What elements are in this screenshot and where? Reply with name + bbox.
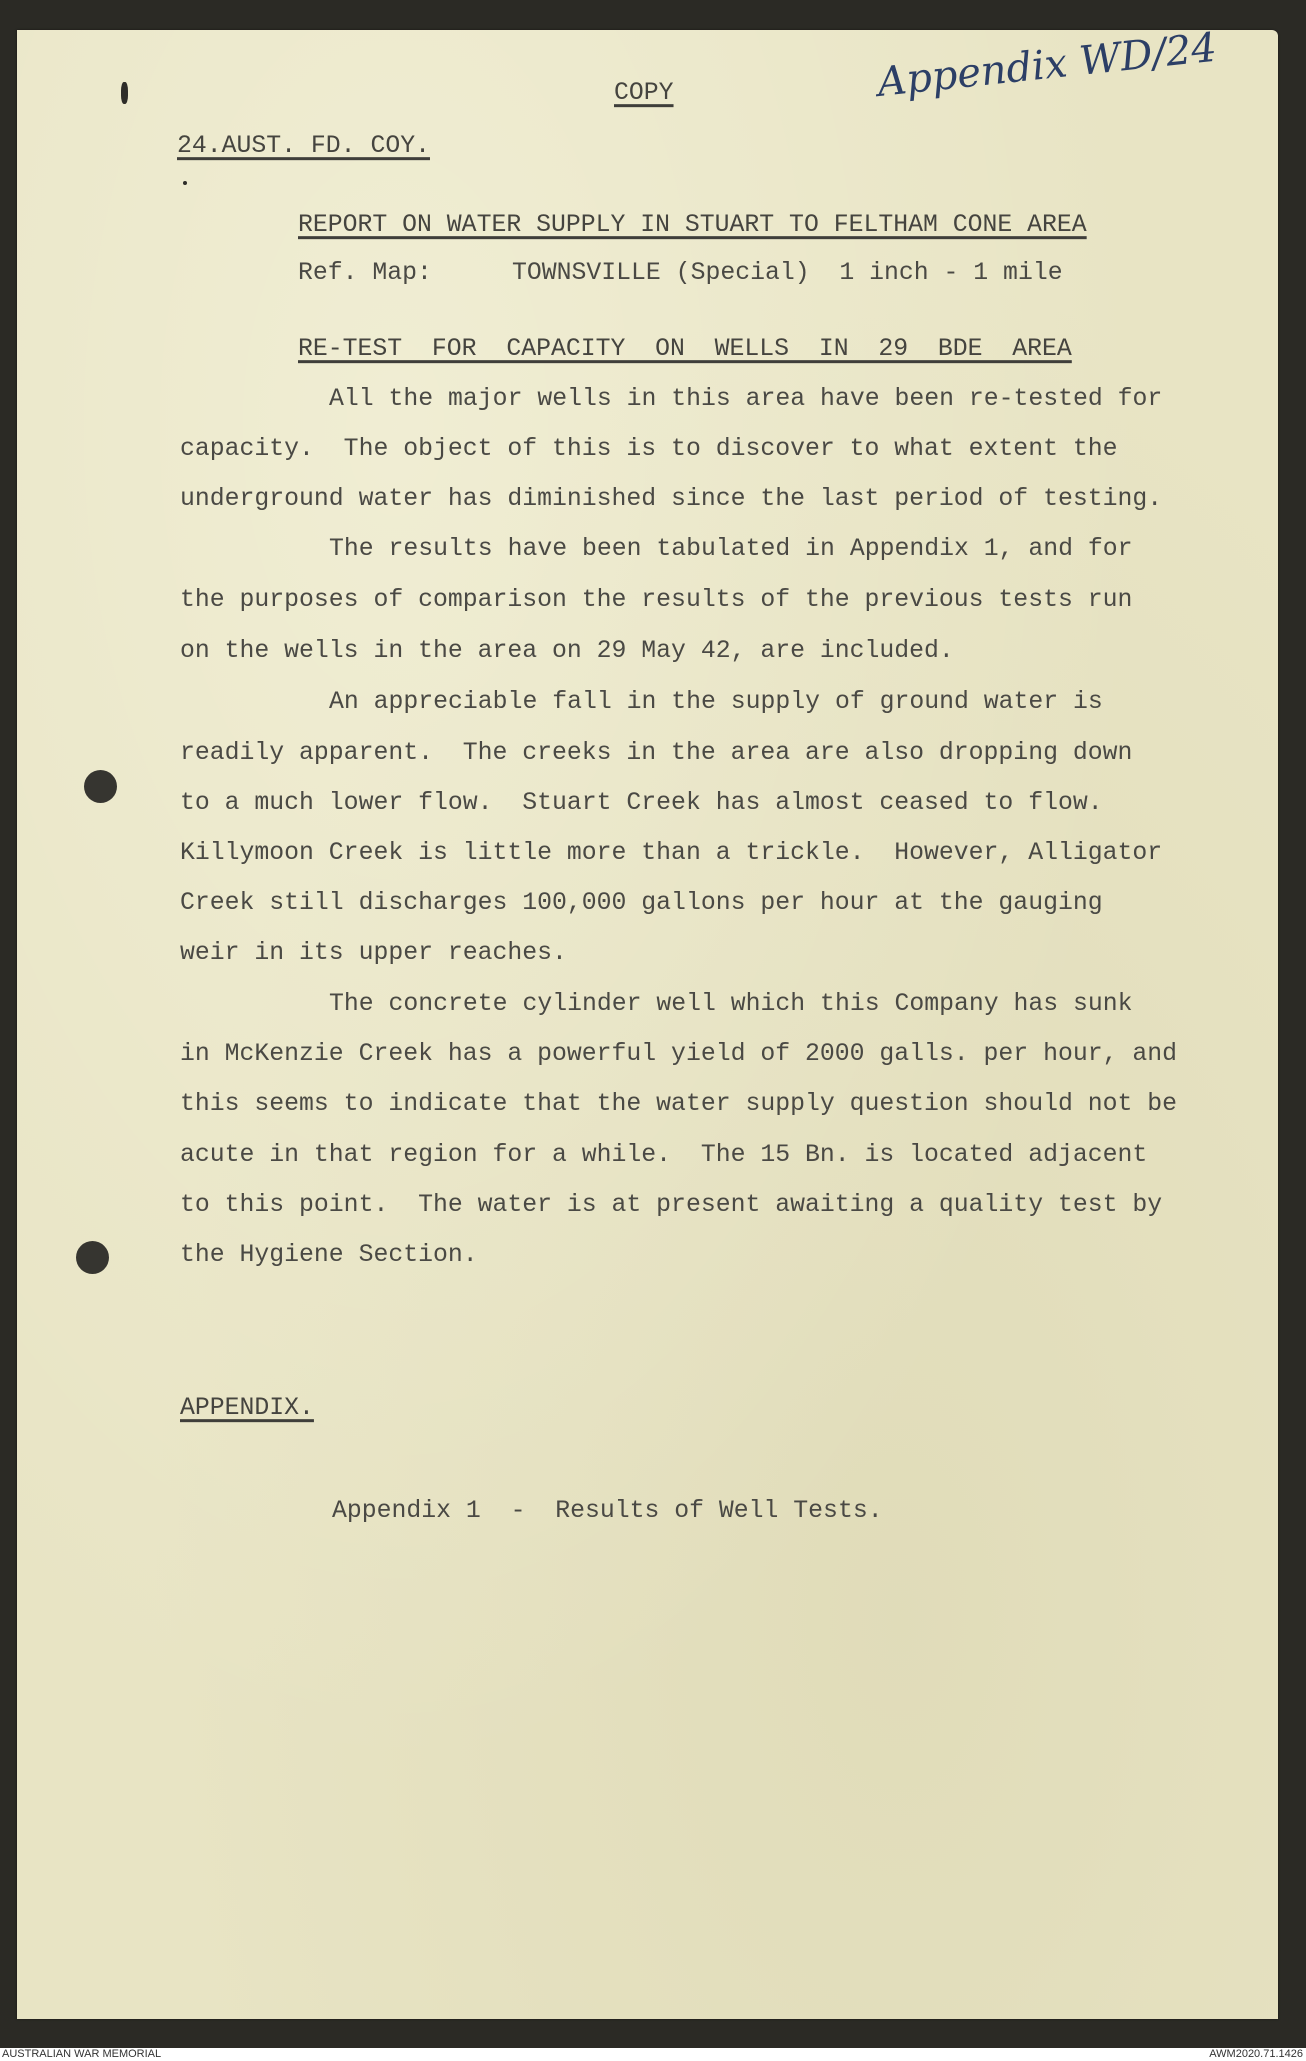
footer-strip: AUSTRALIAN WAR MEMORIAL AWM2020.71.1426: [0, 2048, 1306, 2061]
paragraph-4-line-1: The concrete cylinder well which this Co…: [329, 992, 1133, 1017]
paragraph-3-line-1: An appreciable fall in the supply of gro…: [329, 690, 1103, 715]
footer-institution: AUSTRALIAN WAR MEMORIAL: [2, 2048, 161, 2061]
ref-map-label: Ref. Map:: [298, 261, 432, 286]
paragraph-4-line-3: this seems to indicate that the water su…: [180, 1092, 1177, 1117]
paragraph-4-line-5: to this point. The water is at present a…: [180, 1193, 1162, 1218]
paragraph-3-line-5: Creek still discharges 100,000 gallons p…: [180, 891, 1103, 916]
paragraph-1-line-2: capacity. The object of this is to disco…: [180, 437, 1117, 462]
paragraph-4-line-2: in McKenzie Creek has a powerful yield o…: [180, 1042, 1177, 1067]
punch-hole: [76, 1241, 109, 1274]
appendix-heading: APPENDIX.: [180, 1396, 314, 1421]
paragraph-3-line-4: Killymoon Creek is little more than a tr…: [180, 841, 1162, 866]
paragraph-3-line-3: to a much lower flow. Stuart Creek has a…: [180, 791, 1103, 816]
appendix-item-1: Appendix 1 - Results of Well Tests.: [332, 1499, 883, 1524]
paragraph-3-line-2: readily apparent. The creeks in the area…: [180, 741, 1132, 766]
paragraph-4-line-4: acute in that region for a while. The 15…: [180, 1143, 1147, 1168]
ref-map-value: TOWNSVILLE (Special) 1 inch - 1 mile: [512, 261, 1063, 286]
paragraph-2-line-2: the purposes of comparison the results o…: [180, 588, 1132, 613]
document-page: [17, 30, 1278, 2019]
report-title: REPORT ON WATER SUPPLY IN STUART TO FELT…: [298, 213, 1087, 238]
ink-speck: [183, 181, 187, 185]
footer-catalogue-id: AWM2020.71.1426: [1209, 2048, 1303, 2061]
section-heading: RE-TEST FOR CAPACITY ON WELLS IN 29 BDE …: [298, 337, 1072, 362]
punch-hole: [84, 770, 117, 803]
paragraph-4-line-6: the Hygiene Section.: [180, 1243, 478, 1268]
paragraph-2-line-3: on the wells in the area on 29 May 42, a…: [180, 639, 954, 664]
paragraph-1-line-1: All the major wells in this area have be…: [329, 387, 1162, 412]
copy-label: COPY: [614, 81, 674, 106]
ink-blot: [121, 82, 128, 104]
paragraph-3-line-6: weir in its upper reaches.: [180, 941, 567, 966]
paragraph-1-line-3: underground water has diminished since t…: [180, 487, 1162, 512]
paragraph-2-line-1: The results have been tabulated in Appen…: [329, 537, 1133, 562]
unit-name: 24.AUST. FD. COY.: [177, 134, 430, 159]
